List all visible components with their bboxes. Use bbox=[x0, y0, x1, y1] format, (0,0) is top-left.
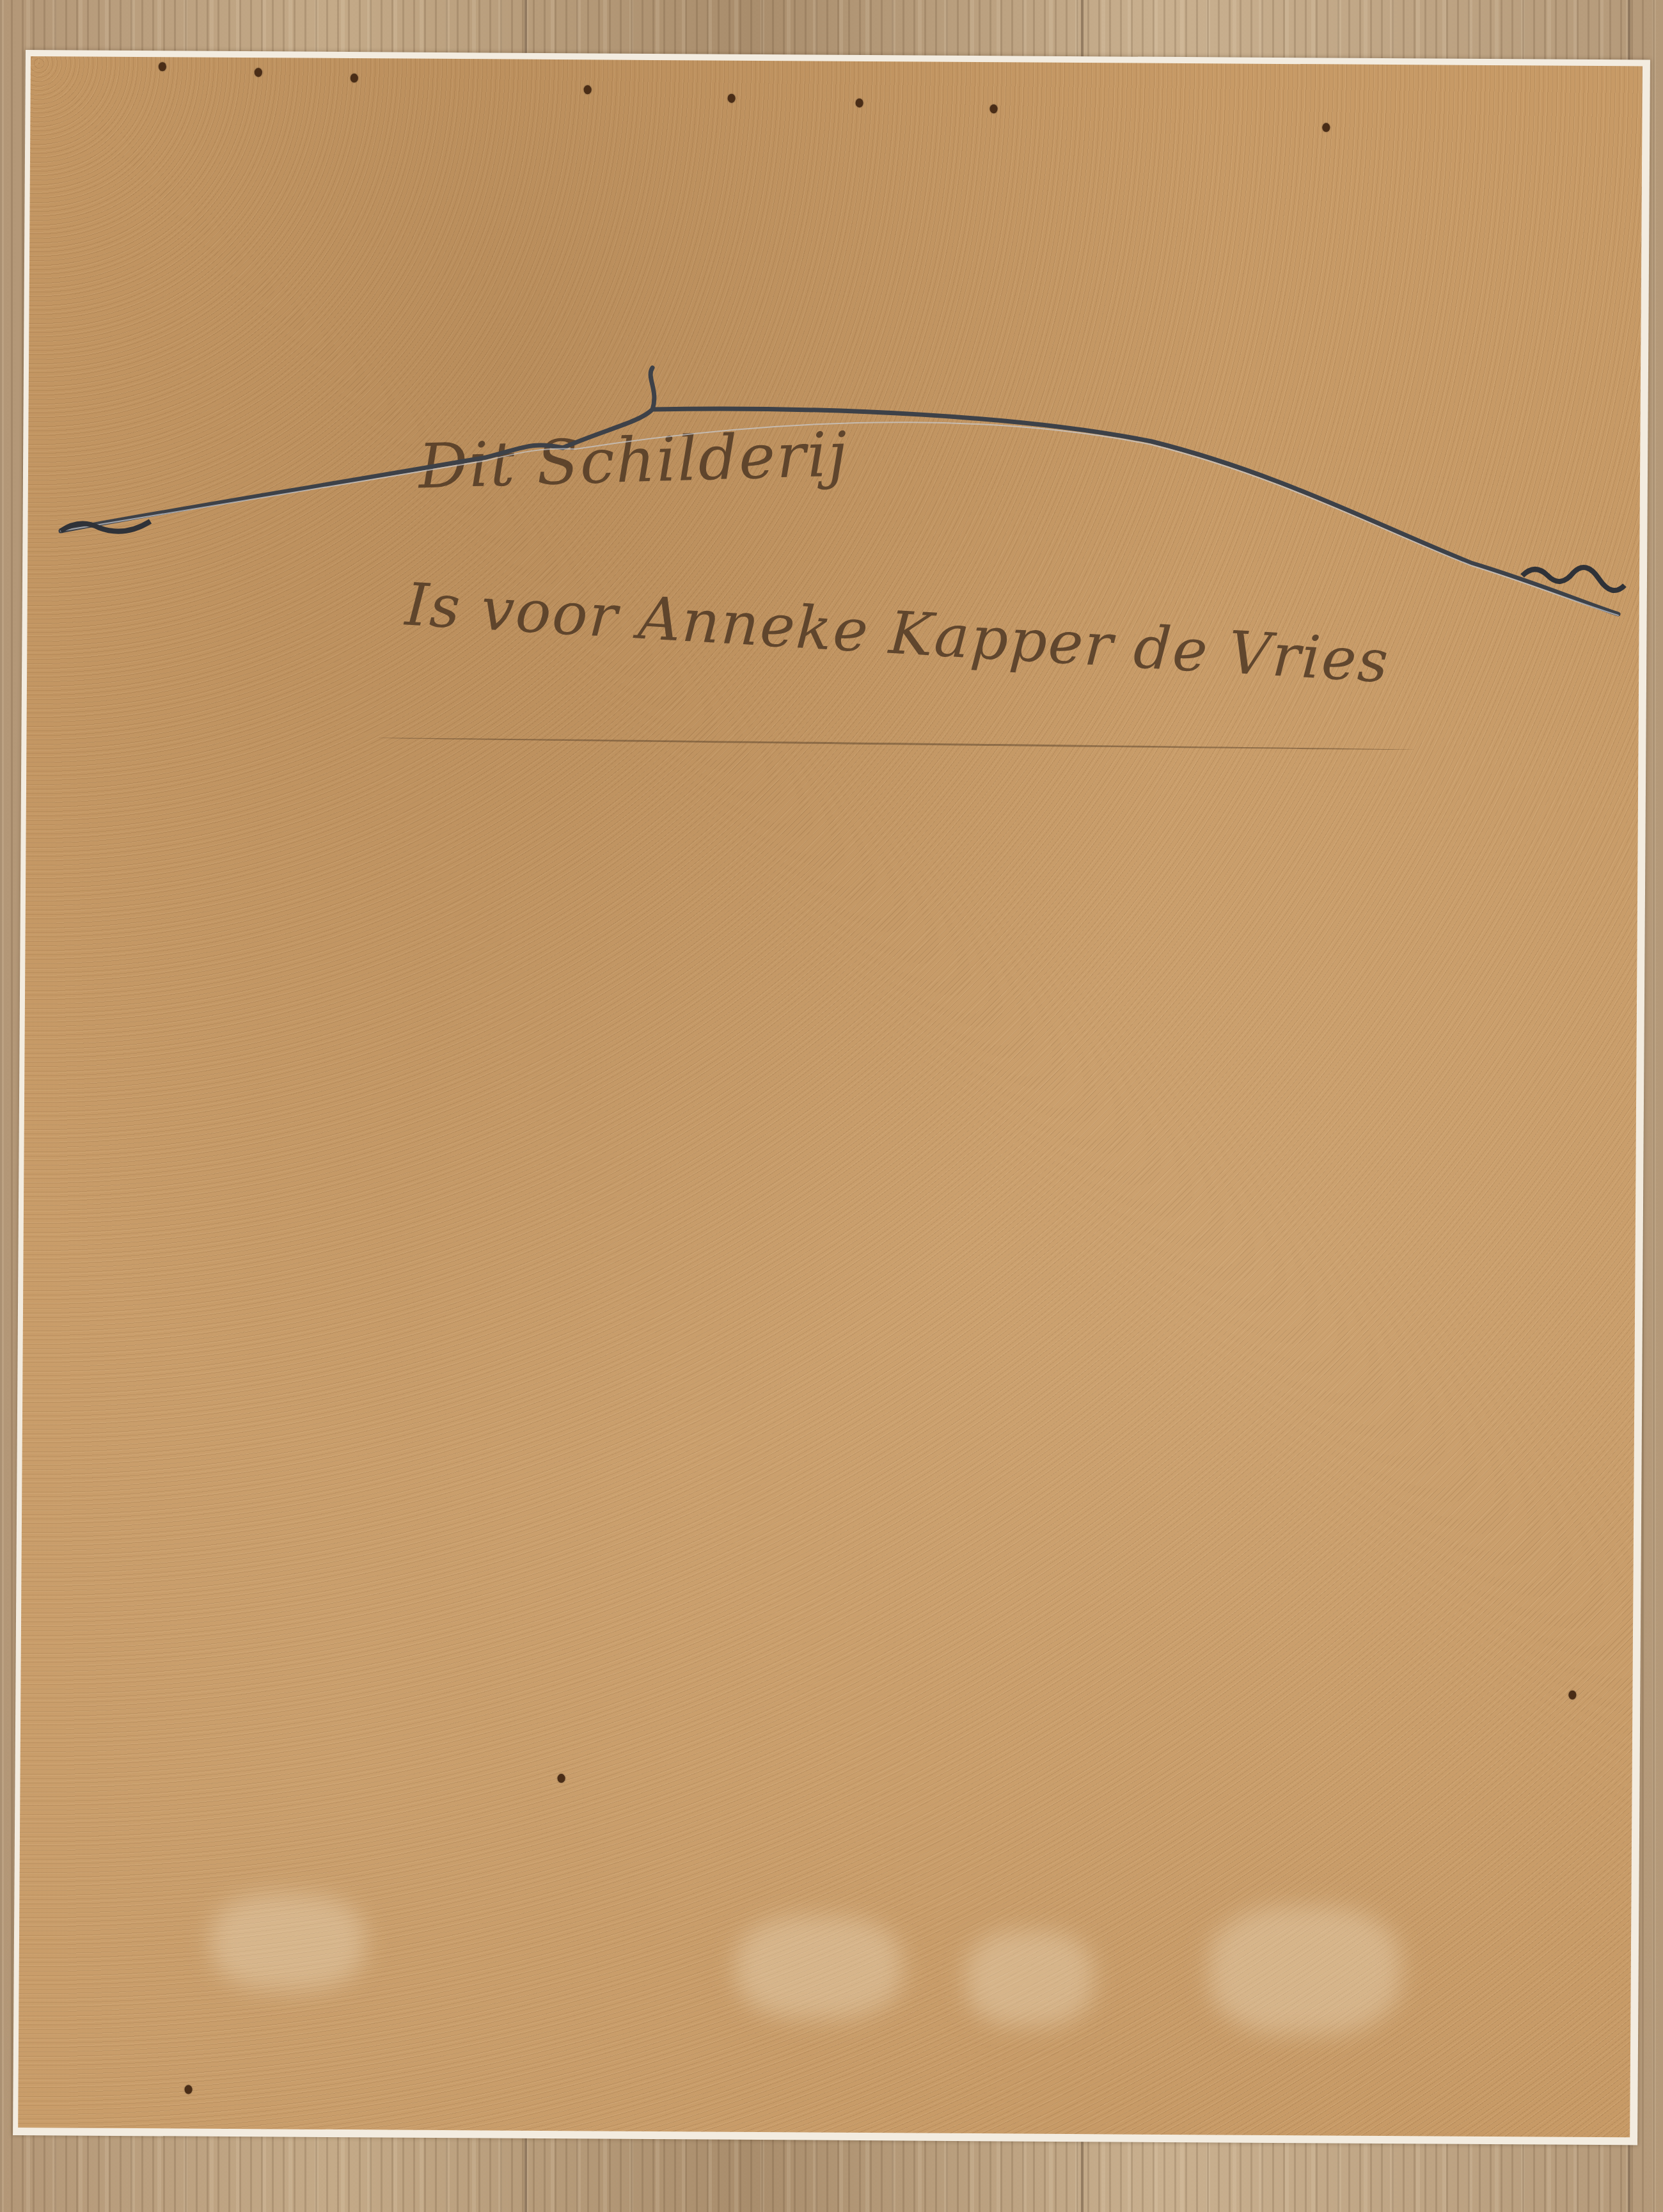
nail-hole bbox=[351, 74, 358, 83]
nail-hole bbox=[728, 94, 736, 103]
nail-hole bbox=[1568, 1691, 1576, 1700]
nail-hole bbox=[989, 104, 997, 113]
inscription-line-1: Dit Schilderij bbox=[418, 418, 849, 502]
nail-hole bbox=[558, 1774, 565, 1783]
nail-hole bbox=[584, 85, 592, 94]
whitish-smudge bbox=[735, 1916, 902, 2019]
nail-hole bbox=[856, 99, 863, 107]
nail-hole bbox=[159, 62, 166, 71]
hardboard-panel: Dit Schilderij Is voor Anneke Kapper de … bbox=[18, 56, 1643, 2137]
pencil-underline bbox=[378, 737, 1414, 750]
nail-hole bbox=[185, 2085, 193, 2094]
nail-hole bbox=[255, 68, 262, 77]
whitish-smudge bbox=[211, 1893, 365, 1990]
inscription-line-2: Is voor Anneke Kapper de Vries bbox=[404, 570, 1391, 696]
whitish-smudge bbox=[965, 1930, 1094, 2026]
whitish-smudge bbox=[1208, 1906, 1401, 2035]
nail-hole bbox=[1322, 123, 1330, 132]
